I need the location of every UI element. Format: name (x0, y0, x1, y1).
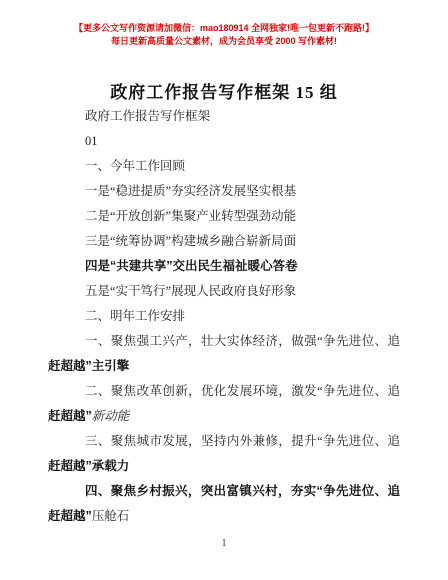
text-segment: 赶超越”主引擎 (48, 359, 129, 373)
ad-header-line1: 【更多公文写作资源请加微信：mao180914 全网独家!唯一包更新不跑路!】 (0, 22, 448, 35)
text-segment: 政府工作报告写作框架 (85, 109, 210, 123)
text-segment: 二、明年工作安排 (85, 309, 185, 323)
text-segment: 三是“统筹协调”构建城乡融合崭新局面 (85, 234, 296, 248)
paragraph: 一、聚焦强工兴产，壮大实体经济，做强“争先进位、追赶超越”主引擎 (48, 329, 400, 379)
paragraph: 二是“开放创新”集聚产业转型强劲动能 (48, 204, 400, 229)
text-segment: 01 (85, 134, 98, 148)
page-number: 1 (0, 538, 448, 549)
text-segment: 二是“开放创新”集聚产业转型强劲动能 (85, 209, 296, 223)
text-segment: 一、聚焦强工兴产，壮大实体经济，做强“争先进位、追 (85, 334, 400, 348)
paragraph: 三、聚焦城市发展，坚持内外兼修，提升“争先进位、追赶超越”承载力 (48, 429, 400, 479)
text-segment: 赶超越” (48, 409, 92, 423)
ad-header: 【更多公文写作资源请加微信：mao180914 全网独家!唯一包更新不跑路!】 … (0, 22, 448, 48)
paragraph: 二、聚焦改革创新，优化发展环境，激发“争先进位、追赶超越”新动能 (48, 379, 400, 429)
paragraph: 一、今年工作回顾 (48, 154, 400, 179)
text-segment: 新动能 (92, 409, 130, 423)
text-segment: 一、今年工作回顾 (85, 159, 185, 173)
text-segment: 压舱石 (92, 509, 130, 523)
paragraph: 01 (48, 129, 400, 154)
paragraph: 政府工作报告写作框架 (48, 104, 400, 129)
paragraph: 二、明年工作安排 (48, 304, 400, 329)
document-page: 【更多公文写作资源请加微信：mao180914 全网独家!唯一包更新不跑路!】 … (0, 0, 448, 580)
text-segment: 一是“稳进提质”夯实经济发展坚实根基 (85, 184, 296, 198)
paragraph: 四是“共建共享”交出民生福祉暖心答卷 (48, 254, 400, 279)
text-segment: 五是“实干笃行”展现人民政府良好形象 (85, 284, 296, 298)
paragraph: 一是“稳进提质”夯实经济发展坚实根基 (48, 179, 400, 204)
text-segment: 四是“共建共享”交出民生福祉暖心答卷 (85, 259, 298, 273)
paragraph: 三是“统筹协调”构建城乡融合崭新局面 (48, 229, 400, 254)
paragraph: 五是“实干笃行”展现人民政府良好形象 (48, 279, 400, 304)
text-segment: 三、聚焦城市发展，坚持内外兼修，提升“争先进位、追 (85, 434, 400, 448)
document-body: 政府工作报告写作框架01一、今年工作回顾一是“稳进提质”夯实经济发展坚实根基二是… (48, 104, 400, 529)
text-segment: 二、聚焦改革创新，优化发展环境，激发“争先进位、追 (85, 384, 400, 398)
document-title: 政府工作报告写作框架 15 组 (0, 78, 448, 103)
text-segment: 赶超越”承载力 (48, 459, 129, 473)
ad-header-line2: 每日更新高质量公文素材，成为会员享受 2000 写作素材! (0, 35, 448, 48)
paragraph: 四、聚焦乡村振兴，突出富镇兴村，夯实“争先进位、追赶超越”压舱石 (48, 479, 400, 529)
